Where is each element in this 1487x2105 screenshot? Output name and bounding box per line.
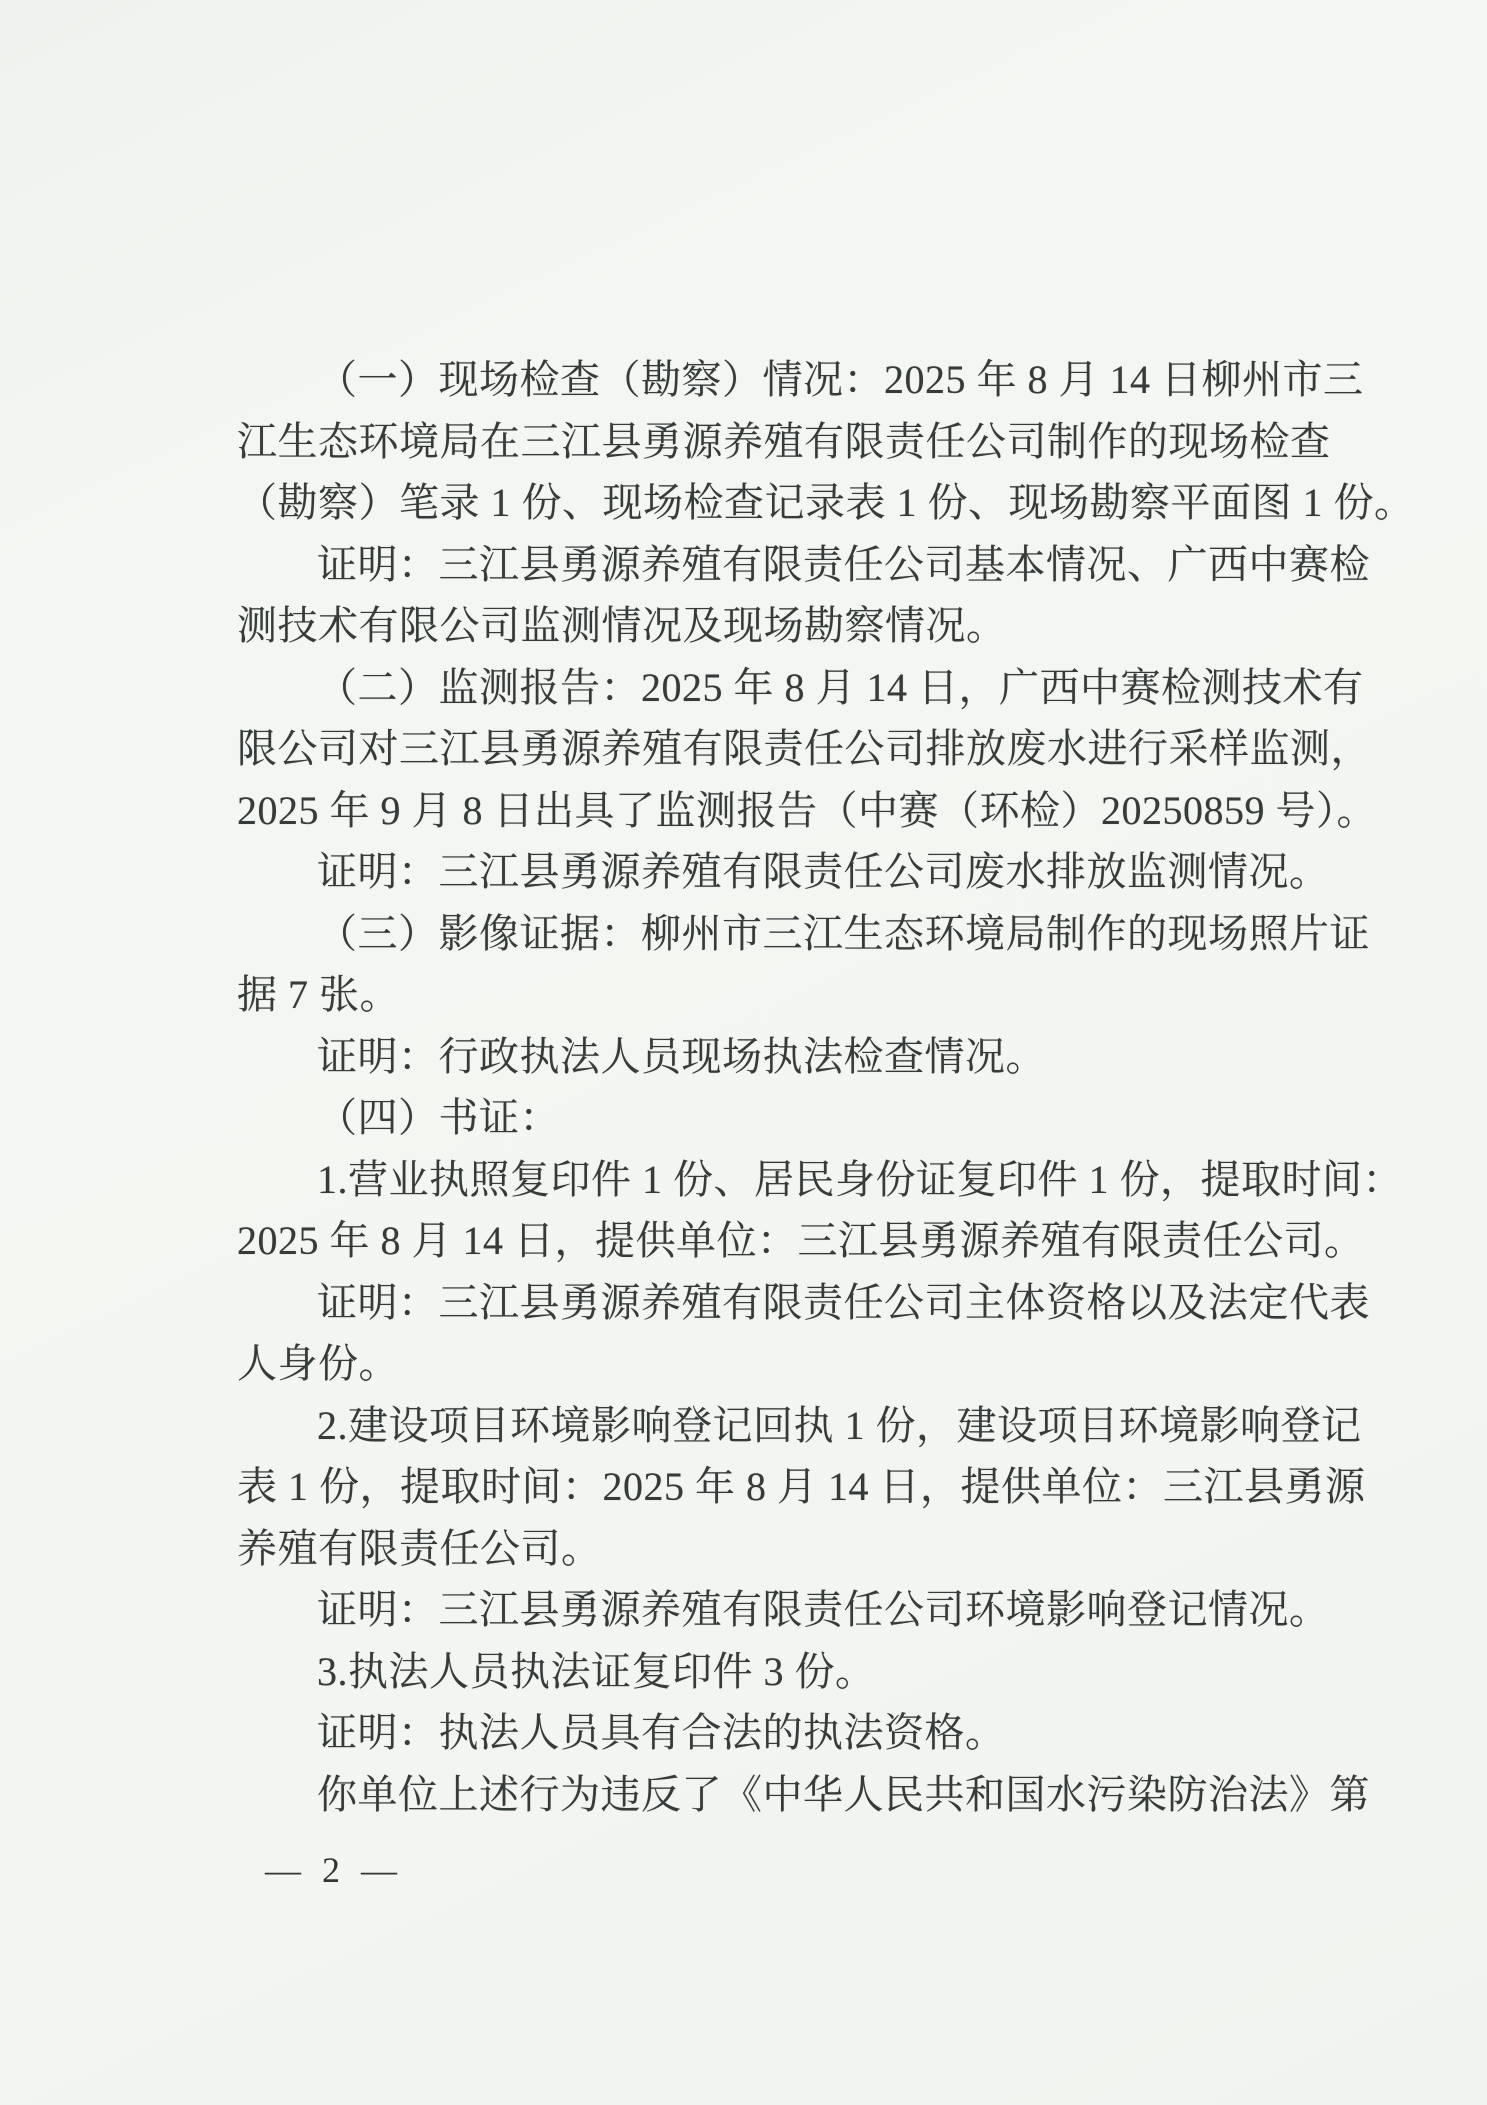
document-line: 1.营业执照复印件 1 份、居民身份证复印件 1 份，提取时间： [237,1149,1299,1211]
document-line: 你单位上述行为违反了《中华人民共和国水污染防治法》第 [237,1764,1299,1826]
document-line: 2025 年 9 月 8 日出具了监测报告（中赛（环检）20250859 号）。 [237,780,1299,842]
document-body: （一）现场检查（勘察）情况：2025 年 8 月 14 日柳州市三 江生态环境局… [237,349,1299,1825]
document-line: 限公司对三江县勇源养殖有限责任公司排放废水进行采样监测， [237,718,1299,780]
document-line: （一）现场检查（勘察）情况：2025 年 8 月 14 日柳州市三 [237,349,1299,411]
document-line: 江生态环境局在三江县勇源养殖有限责任公司制作的现场检查 [237,411,1299,473]
document-line: 证明：执法人员具有合法的执法资格。 [237,1702,1299,1764]
document-line: 人身份。 [237,1333,1299,1395]
document-line: 证明：行政执法人员现场执法检查情况。 [237,1026,1299,1088]
document-line: 养殖有限责任公司。 [237,1518,1299,1580]
document-line: 测技术有限公司监测情况及现场勘察情况。 [237,595,1299,657]
scanned-document-page: （一）现场检查（勘察）情况：2025 年 8 月 14 日柳州市三 江生态环境局… [0,0,1487,2105]
document-line: 2025 年 8 月 14 日，提供单位：三江县勇源养殖有限责任公司。 [237,1210,1299,1272]
document-line: 证明：三江县勇源养殖有限责任公司废水排放监测情况。 [237,841,1299,903]
document-line: （二）监测报告：2025 年 8 月 14 日，广西中赛检测技术有 [237,657,1299,719]
document-line: 证明：三江县勇源养殖有限责任公司主体资格以及法定代表 [237,1272,1299,1334]
page-footer: — 2 — [265,1845,403,1895]
document-line: 证明：三江县勇源养殖有限责任公司基本情况、广西中赛检 [237,534,1299,596]
document-line: （三）影像证据：柳州市三江生态环境局制作的现场照片证 [237,903,1299,965]
document-line: 表 1 份，提取时间：2025 年 8 月 14 日，提供单位：三江县勇源 [237,1456,1299,1518]
document-line: 据 7 张。 [237,964,1299,1026]
document-line: 证明：三江县勇源养殖有限责任公司环境影响登记情况。 [237,1579,1299,1641]
document-line: （四）书证： [237,1087,1299,1149]
document-line: （勘察）笔录 1 份、现场检查记录表 1 份、现场勘察平面图 1 份。 [237,472,1299,534]
document-line: 2.建设项目环境影响登记回执 1 份，建设项目环境影响登记 [237,1395,1299,1457]
document-line: 3.执法人员执法证复印件 3 份。 [237,1641,1299,1703]
page-number-label: — 2 — [265,1850,403,1890]
